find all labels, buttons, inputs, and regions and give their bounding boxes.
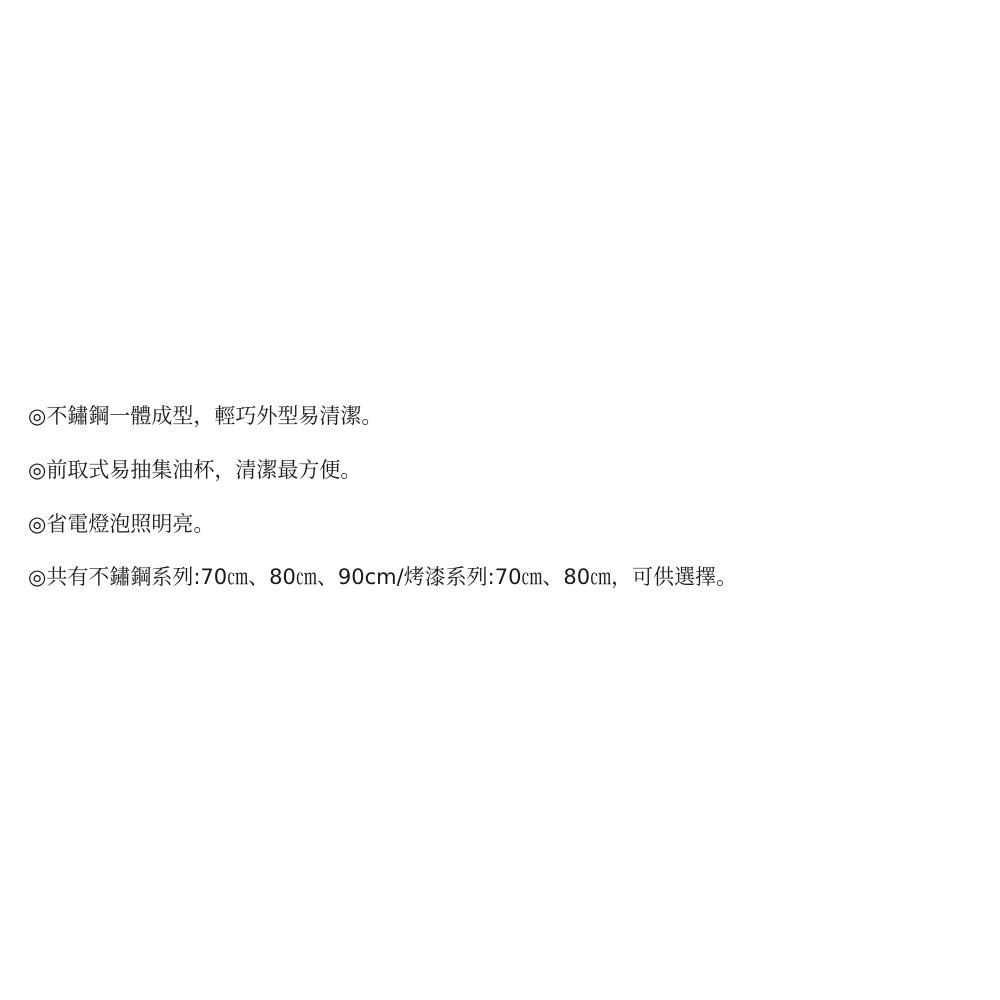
feature-size-options: ◎共有不鏽鋼系列:70㎝、80㎝、90cm/烤漆系列:70㎝、80㎝，可供選擇。	[28, 563, 737, 591]
feature-stainless-one-piece: ◎不鏽鋼一體成型，輕巧外型易清潔。	[28, 402, 737, 430]
feature-energy-saving-bulb: ◎省電燈泡照明亮。	[28, 510, 737, 538]
feature-list: ◎不鏽鋼一體成型，輕巧外型易清潔。 ◎前取式易抽集油杯，清潔最方便。 ◎省電燈泡…	[28, 402, 737, 617]
feature-front-oil-cup: ◎前取式易抽集油杯，清潔最方便。	[28, 456, 737, 484]
